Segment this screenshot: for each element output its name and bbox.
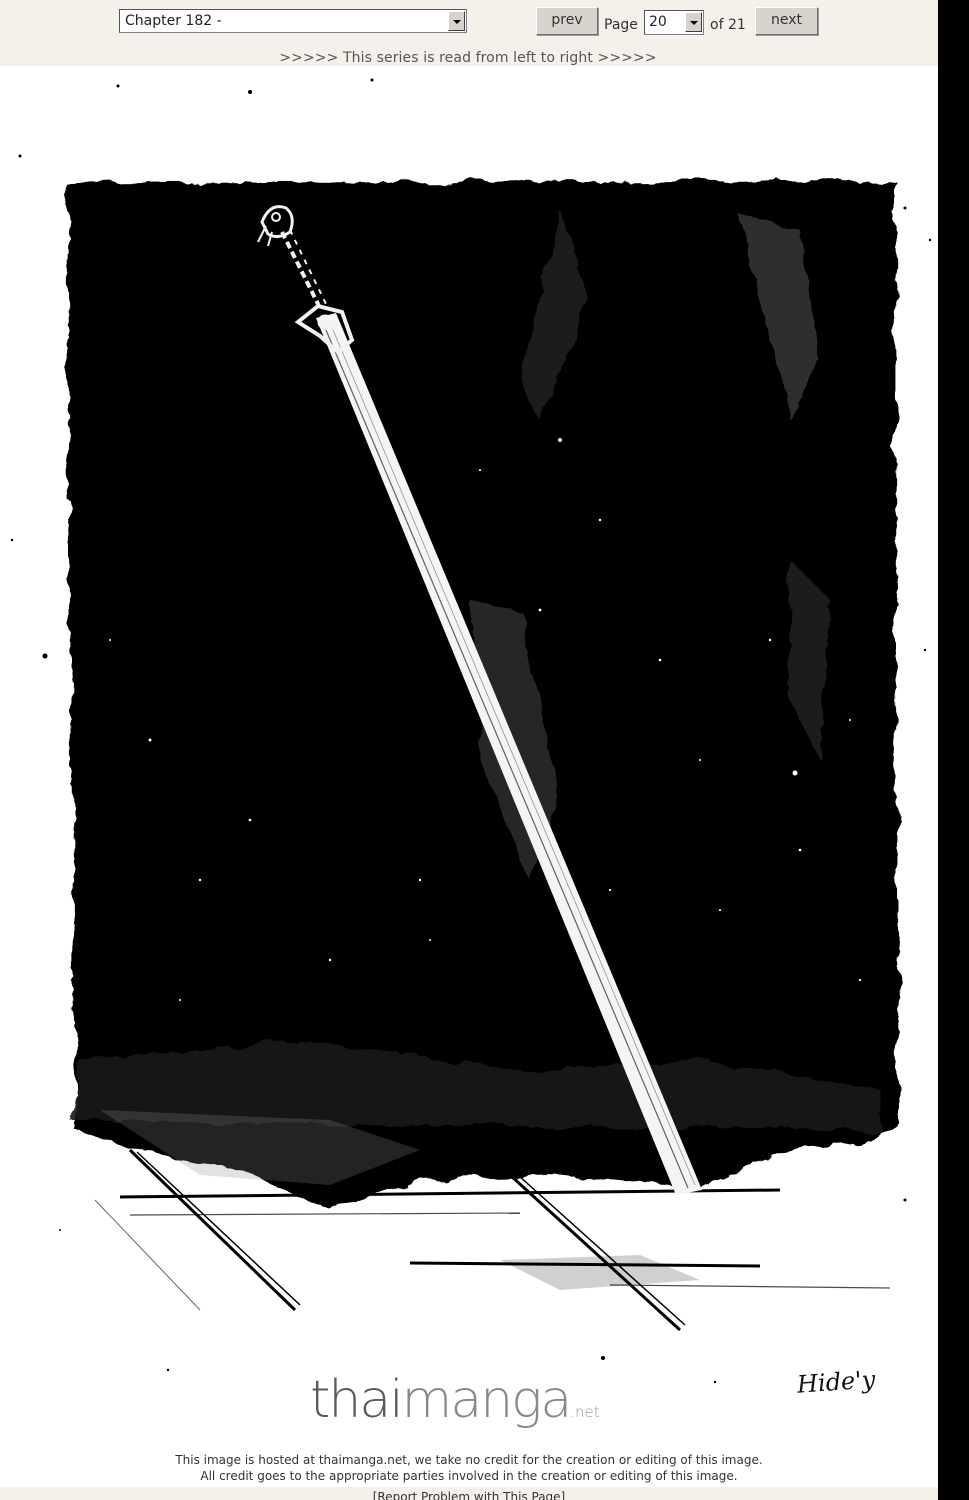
artist-signature: Hide'y — [796, 1365, 876, 1398]
manga-page-image[interactable] — [0, 66, 938, 1386]
chapter-select[interactable]: Chapter 182 - — [119, 9, 467, 33]
page-label: Page — [604, 17, 638, 33]
chevron-down-icon[interactable] — [685, 12, 702, 32]
credit-line-2: All credit goes to the appropriate parti… — [0, 1469, 938, 1483]
page: Chapter 182 - prev Page 20 of 21 next >>… — [0, 0, 938, 1500]
next-button[interactable]: next — [755, 7, 818, 35]
reader-toolbar: Chapter 182 - prev Page 20 of 21 next >>… — [0, 0, 938, 66]
page-select[interactable]: 20 — [644, 10, 704, 35]
chapter-select-value: Chapter 182 - — [125, 13, 222, 29]
reading-direction-note: >>>>> This series is read from left to r… — [0, 50, 938, 66]
chevron-down-icon[interactable] — [448, 11, 465, 31]
reading-direction-text: >>>>> This series is read from left to r… — [279, 50, 656, 66]
site-logo[interactable]: thaimanga.net — [310, 1370, 600, 1430]
prev-button[interactable]: prev — [536, 7, 598, 35]
logo-manga: manga — [402, 1370, 571, 1430]
report-problem-link[interactable]: [Report Problem with This Page] — [0, 1490, 938, 1500]
logo-net: .net — [570, 1403, 599, 1421]
page-count-label: of 21 — [710, 17, 746, 33]
credit-line-1: This image is hosted at thaimanga.net, w… — [0, 1453, 938, 1467]
logo-thai: thai — [310, 1370, 402, 1430]
page-select-value: 20 — [649, 14, 667, 30]
